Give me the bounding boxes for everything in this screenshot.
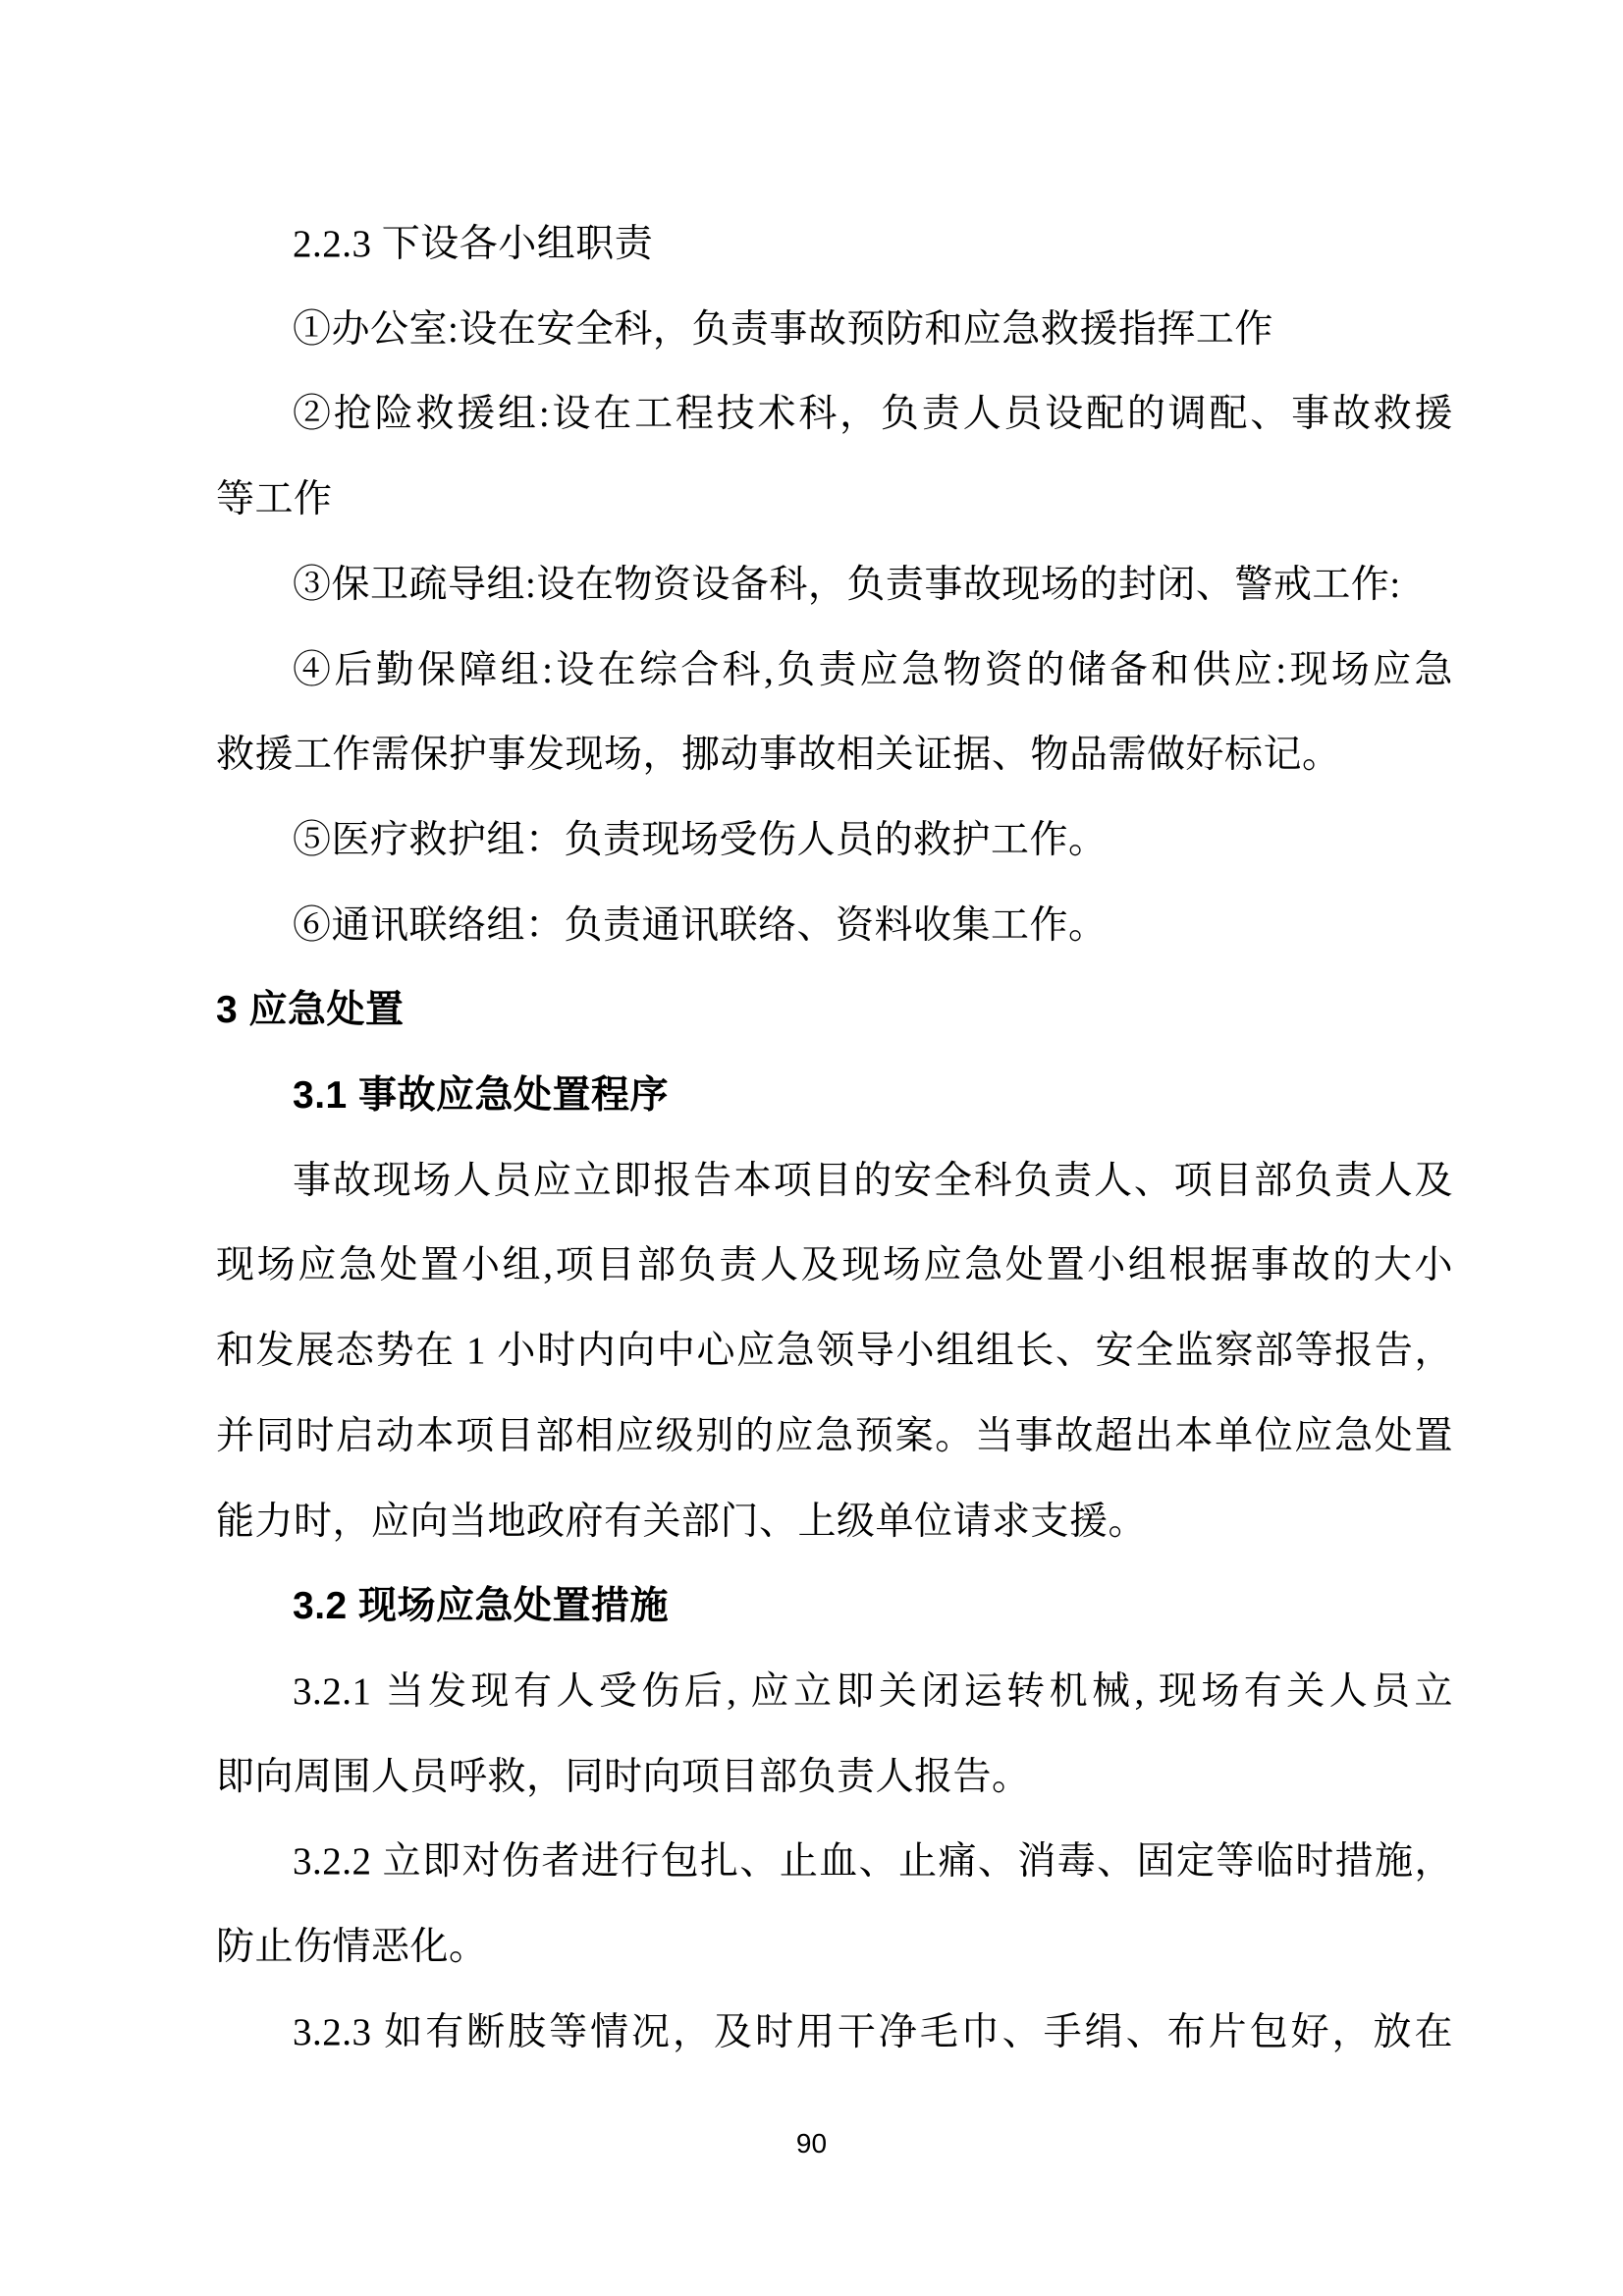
text-line: ①办公室:设在安全科，负责事故预防和应急救援指挥工作 — [216, 288, 1453, 373]
text-line: 现场应急处置小组,项目部负责人及现场应急处置小组根据事故的大小 — [216, 1224, 1453, 1309]
document-body: 2.2.3 下设各小组职责①办公室:设在安全科，负责事故预防和应急救援指挥工作②… — [216, 202, 1453, 2075]
text-line: 2.2.3 下设各小组职责 — [216, 202, 1453, 288]
text-line: ④后勤保障组:设在综合科,负责应急物资的储备和供应:现场应急 — [216, 629, 1453, 714]
text-line: 3.2.2 立即对伤者进行包扎、止血、止痛、消毒、固定等临时措施， — [216, 1820, 1453, 1905]
heading-line: 3.2 现场应急处置措施 — [216, 1564, 1453, 1650]
page-number: 90 — [0, 2127, 1623, 2160]
heading-line: 3 应急处置 — [216, 968, 1453, 1054]
text-line: 救援工作需保护事发现场，挪动事故相关证据、物品需做好标记。 — [216, 713, 1453, 798]
text-line: 等工作 — [216, 458, 1453, 543]
text-line: ⑤医疗救护组：负责现场受伤人员的救护工作。 — [216, 798, 1453, 884]
text-line: 和发展态势在 1 小时内向中心应急领导小组组长、安全监察部等报告， — [216, 1309, 1453, 1394]
document-page: 2.2.3 下设各小组职责①办公室:设在安全科，负责事故预防和应急救援指挥工作②… — [0, 0, 1623, 2296]
text-line: 防止伤情恶化。 — [216, 1905, 1453, 1991]
text-line: 即向周围人员呼救，同时向项目部负责人报告。 — [216, 1735, 1453, 1821]
text-line: ②抢险救援组:设在工程技术科，负责人员设配的调配、事故救援 — [216, 372, 1453, 458]
heading-line: 3.1 事故应急处置程序 — [216, 1054, 1453, 1139]
text-line: 能力时，应向当地政府有关部门、上级单位请求支援。 — [216, 1480, 1453, 1565]
text-line: 并同时启动本项目部相应级别的应急预案。当事故超出本单位应急处置 — [216, 1394, 1453, 1480]
text-line: 3.2.1 当发现有人受伤后, 应立即关闭运转机械, 现场有关人员立 — [216, 1650, 1453, 1735]
text-line: 3.2.3 如有断肢等情况，及时用干净毛巾、手绢、布片包好，放在 — [216, 1991, 1453, 2076]
text-line: ⑥通讯联络组：负责通讯联络、资料收集工作。 — [216, 884, 1453, 969]
text-line: 事故现场人员应立即报告本项目的安全科负责人、项目部负责人及 — [216, 1139, 1453, 1225]
text-line: ③保卫疏导组:设在物资设备科，负责事故现场的封闭、警戒工作: — [216, 543, 1453, 629]
